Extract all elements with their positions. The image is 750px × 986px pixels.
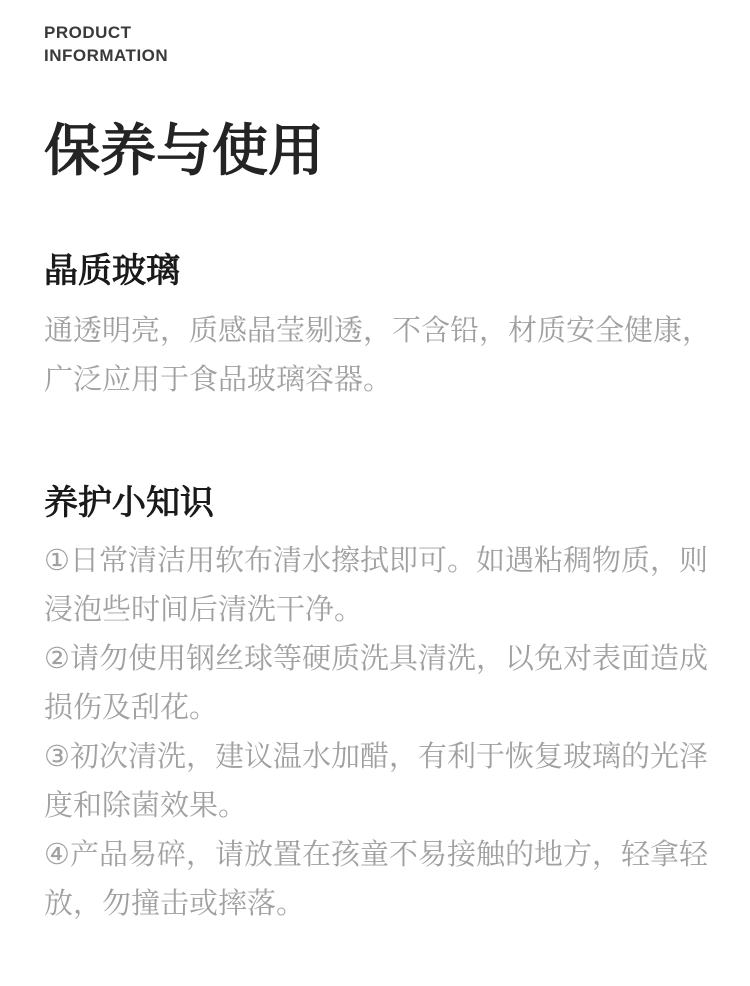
product-info-page: PRODUCT INFORMATION 保养与使用 晶质玻璃 通透明亮，质感晶莹…	[0, 0, 750, 986]
care-tip-4: ④产品易碎，请放置在孩童不易接触的地方，轻拿轻放，勿撞击或摔落。	[44, 831, 718, 929]
section-heading-crystal-glass: 晶质玻璃	[44, 247, 718, 295]
care-tips-list: ①日常清洁用软布清水擦拭即可。如遇粘稠物质，则浸泡些时间后清洗干净。 ②请勿使用…	[44, 537, 718, 929]
page-title: 保养与使用	[44, 119, 718, 183]
care-tip-1: ①日常清洁用软布清水擦拭即可。如遇粘稠物质，则浸泡些时间后清洗干净。	[44, 537, 718, 635]
eyebrow-label: PRODUCT INFORMATION	[44, 21, 718, 67]
section-heading-care-tips: 养护小知识	[44, 479, 718, 527]
care-tip-3: ③初次清洗，建议温水加醋，有利于恢复玻璃的光泽度和除菌效果。	[44, 733, 718, 831]
section-crystal-glass: 晶质玻璃 通透明亮，质感晶莹剔透，不含铅，材质安全健康，广泛应用于食品玻璃容器。	[44, 247, 718, 405]
eyebrow-line-2: INFORMATION	[44, 44, 718, 67]
care-tip-2: ②请勿使用钢丝球等硬质洗具清洗，以免对表面造成损伤及刮花。	[44, 635, 718, 733]
crystal-glass-description: 通透明亮，质感晶莹剔透，不含铅，材质安全健康，广泛应用于食品玻璃容器。	[44, 307, 718, 405]
section-care-tips: 养护小知识 ①日常清洁用软布清水擦拭即可。如遇粘稠物质，则浸泡些时间后清洗干净。…	[44, 479, 718, 929]
eyebrow-line-1: PRODUCT	[44, 21, 718, 44]
